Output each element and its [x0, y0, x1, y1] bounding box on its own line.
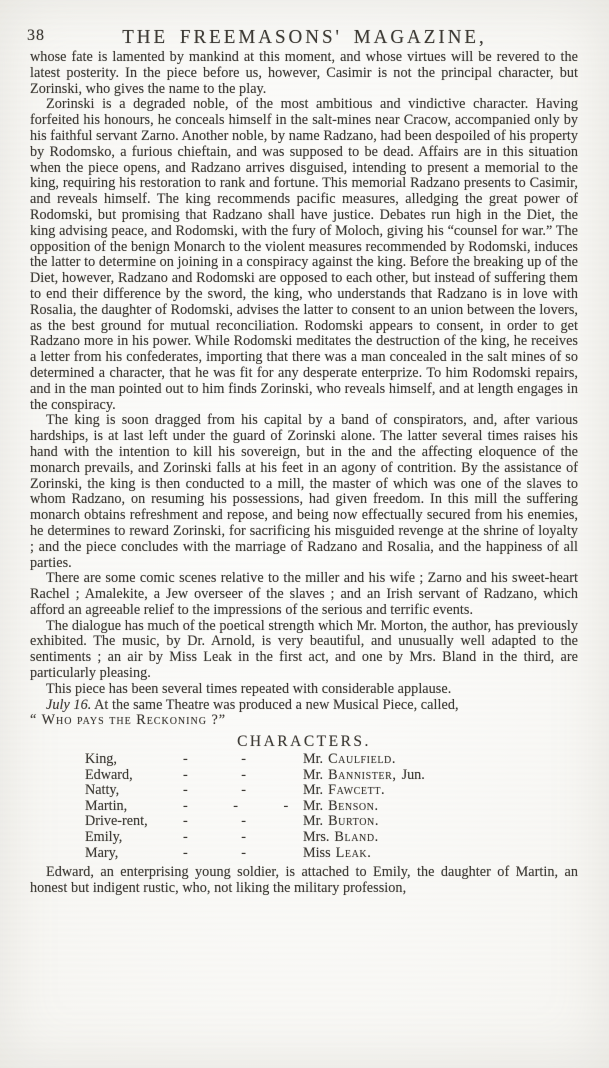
paragraph-continuation: whose fate is lamented by mankind at thi…: [30, 50, 578, 97]
cast-table: King, - - Mr.Caulfield. Edward, - - Mr.B…: [0, 752, 609, 861]
paragraph-comic-scenes: There are some comic scenes relative to …: [30, 571, 578, 618]
cast-dashes: - -: [183, 783, 303, 799]
cast-dashes: - -: [183, 768, 303, 784]
actor-name: Fawcett.: [328, 782, 385, 798]
actor-prefix: Mrs.: [303, 829, 329, 845]
actor-prefix: Mr.: [303, 813, 323, 829]
actor-name: Burton.: [328, 813, 379, 829]
article-body: whose fate is lamented by mankind at thi…: [0, 46, 609, 750]
cast-role: Martin,: [85, 799, 183, 815]
cast-row-drive-rent: Drive-rent, - - Mr.Burton.: [0, 814, 609, 830]
paragraph-applause: This piece has been several times repeat…: [30, 682, 578, 698]
cast-row-natty: Natty, - - Mr.Fawcett.: [0, 783, 609, 799]
cast-row-mary: Mary, - - MissLeak.: [0, 846, 609, 862]
magazine-title: THE FREEMASONS' MAGAZINE,: [30, 27, 579, 50]
actor-name: Bland.: [334, 829, 378, 845]
magazine-page: 38 THE FREEMASONS' MAGAZINE, whose fate …: [0, 0, 609, 1068]
masthead: 38 THE FREEMASONS' MAGAZINE,: [0, 0, 609, 46]
cast-row-martin: Martin, - - - Mr.Benson.: [0, 799, 609, 815]
paragraph-dialogue-music: The dialogue has much of the poetical st…: [30, 619, 578, 682]
cast-actor: Mrs.Bland.: [303, 830, 609, 846]
actor-prefix: Miss: [303, 845, 331, 861]
cast-role: Drive-rent,: [85, 814, 183, 830]
announcement-date: July 16.: [46, 697, 91, 713]
cast-dashes: - - -: [183, 799, 303, 815]
announcement-lead: At the same Theatre was produced a new M…: [91, 697, 458, 713]
actor-prefix: Mr.: [303, 751, 323, 767]
paragraph-plot-summary: Zorinski is a degraded noble, of the mos…: [30, 97, 578, 413]
actor-prefix: Mr.: [303, 767, 323, 783]
cast-row-edward: Edward, - - Mr.Bannister,Jun.: [0, 768, 609, 784]
cast-actor: Mr.Burton.: [303, 814, 609, 830]
actor-name: Caulfield.: [328, 751, 396, 767]
cast-actor: MissLeak.: [303, 846, 609, 862]
cast-role: King,: [85, 752, 183, 768]
cast-role: Emily,: [85, 830, 183, 846]
cast-actor: Mr.Fawcett.: [303, 783, 609, 799]
cast-row-king: King, - - Mr.Caulfield.: [0, 752, 609, 768]
actor-name: Leak.: [336, 845, 372, 861]
announcement-paragraph: July 16. At the same Theatre was produce…: [30, 698, 578, 730]
cast-role: Natty,: [85, 783, 183, 799]
cast-dashes: - -: [183, 846, 303, 862]
paragraph-closing: Edward, an enterprising young soldier, i…: [30, 865, 578, 897]
cast-role: Mary,: [85, 846, 183, 862]
cast-dashes: - -: [183, 752, 303, 768]
actor-name: Benson.: [328, 798, 379, 814]
actor-suffix: Jun.: [402, 767, 425, 783]
characters-heading: CHARACTERS.: [30, 734, 578, 750]
cast-actor: Mr.Caulfield.: [303, 752, 609, 768]
cast-dashes: - -: [183, 830, 303, 846]
cast-role: Edward,: [85, 768, 183, 784]
cast-actor: Mr.Benson.: [303, 799, 609, 815]
piece-title: “ Who pays the Reckoning ?”: [30, 713, 578, 729]
paragraph-king-dragged: The king is soon dragged from his capita…: [30, 413, 578, 571]
actor-prefix: Mr.: [303, 782, 323, 798]
actor-name: Bannister,: [328, 767, 396, 783]
cast-dashes: - -: [183, 814, 303, 830]
article-body-continued: Edward, an enterprising young soldier, i…: [0, 861, 609, 897]
cast-actor: Mr.Bannister,Jun.: [303, 768, 609, 784]
actor-prefix: Mr.: [303, 798, 323, 814]
cast-row-emily: Emily, - - Mrs.Bland.: [0, 830, 609, 846]
